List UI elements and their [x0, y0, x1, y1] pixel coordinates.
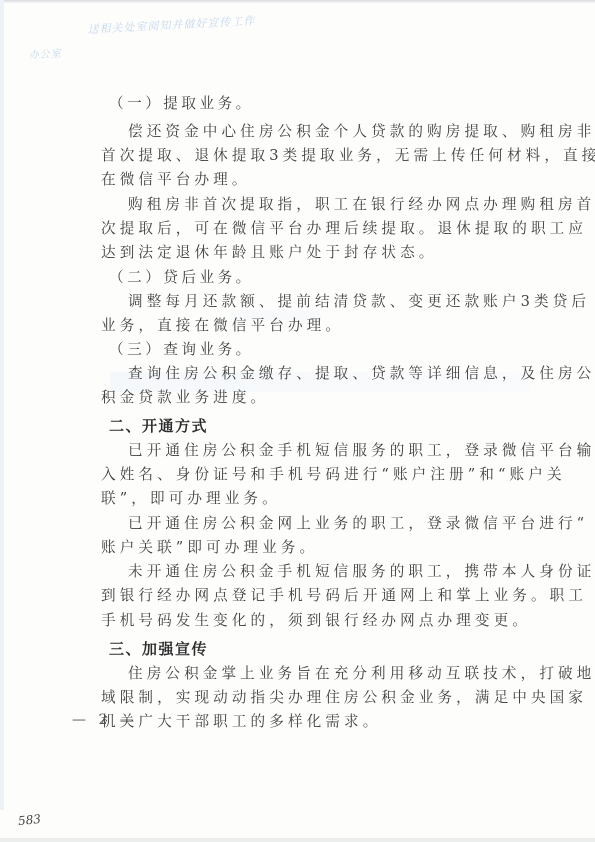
scan-bottom-edge [0, 838, 595, 842]
paragraph-line: 次提取后，可在微信平台办理后续提取。退休提取的职工应 [101, 220, 587, 238]
paragraph-first-line: 调整每月还款额、提前结清贷款、变更还款账户3类贷后 [128, 293, 590, 311]
handwritten-archive-number: 583 [17, 812, 41, 828]
paragraph-line: 达到法定退休年龄且账户处于封存状态。 [101, 244, 438, 262]
paragraph-first-line: 住房公积金掌上业务旨在充分利用移动互联技术，打破地 [128, 665, 595, 683]
paragraph-first-line: 购租房非首次提取指，职工在银行经办网点办理购租房首 [128, 196, 595, 214]
paragraph-line: 在微信平台办理。 [101, 171, 251, 189]
paragraph-first-line: 未开通住房公积金手机短信服务的职工，携带本人身份证 [128, 563, 595, 581]
paragraph-first-line: 已开通住房公积金网上业务的职工，登录微信平台进行“ [128, 515, 588, 533]
paragraph-line: 业务，直接在微信平台办理。 [101, 317, 344, 335]
subsection-heading: （一）提取业务。 [109, 95, 254, 113]
page-number: — 2 — [72, 712, 138, 728]
paragraph-line: 首次提取、退休提取3类提取业务，无需上传任何材料，直接 [101, 147, 595, 165]
scan-left-edge [0, 0, 4, 810]
paragraph-line: 到银行经办网点登记手机号码后开通网上和掌上业务。职工 [101, 587, 587, 605]
paragraph-line: 域限制，实现动动指尖办理住房公积金业务，满足中央国家 [101, 689, 587, 707]
paragraph-line: 机关广大干部职工的多样化需求。 [101, 713, 381, 731]
handwritten-annotation: 送相关处室阅知并做好宣传工作 办公室 [27, 6, 269, 68]
paragraph-first-line: 偿还资金中心住房公积金个人贷款的购房提取、购租房非 [128, 123, 595, 141]
subsection-heading: （三）查询业务。 [109, 341, 254, 359]
paragraph-line: 手机号码发生变化的，须到银行经办网点办理变更。 [101, 612, 531, 630]
handwritten-annotation-line1: 送相关处室阅知并做好宣传工作 [87, 12, 256, 37]
scan-top-edge [0, 0, 595, 3]
paragraph-line: 积金贷款业务进度。 [101, 389, 269, 407]
handwritten-annotation-line2: 办公室 [28, 45, 62, 62]
paragraph-first-line: 已开通住房公积金手机短信服务的职工，登录微信平台输 [128, 442, 595, 460]
section-heading: 二、开通方式 [109, 417, 208, 435]
paragraph-line: 联”，即可办理业务。 [101, 490, 281, 508]
paragraph-line: 账户关联”即可办理业务。 [101, 539, 318, 557]
paragraph-first-line: 查询住房公积金缴存、提取、贷款等详细信息，及住房公 [128, 365, 595, 383]
paragraph-line: 入姓名、身份证号和手机号码进行“账户注册”和“账户关 [101, 466, 566, 484]
subsection-heading: （二）贷后业务。 [109, 269, 254, 287]
section-heading: 三、加强宣传 [109, 640, 208, 658]
